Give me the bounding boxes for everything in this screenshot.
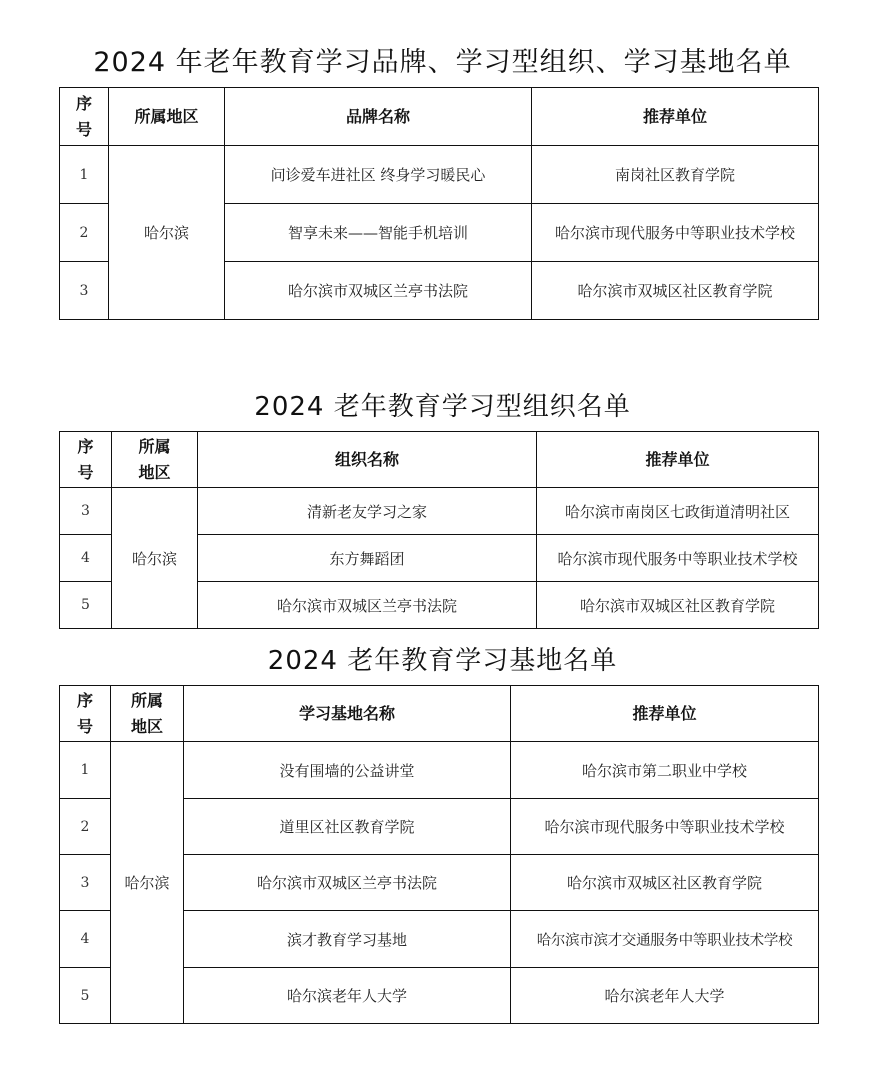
base-name: 哈尔滨老年人大学 — [184, 968, 511, 1024]
org-name: 东方舞蹈团 — [198, 535, 537, 582]
brand-name: 智享未来——智能手机培训 — [225, 204, 532, 262]
row-index: 5 — [60, 582, 112, 629]
base-name: 滨才教育学习基地 — [184, 911, 511, 968]
recommender: 哈尔滨市双城区社区教育学院 — [532, 262, 819, 320]
row-index: 3 — [60, 488, 112, 535]
table-header-row: 序号 所属地区 组织名称 推荐单位 — [60, 432, 819, 488]
recommender: 哈尔滨市滨才交通服务中等职业技术学校 — [511, 911, 819, 968]
row-index: 3 — [60, 262, 109, 320]
row-index: 3 — [60, 855, 111, 911]
header-index: 序号 — [60, 432, 112, 488]
learning-base-table: 序号 所属地区 学习基地名称 推荐单位 1 哈尔滨 没有围墙的公益讲堂 哈尔滨市… — [59, 685, 819, 1024]
region-cell: 哈尔滨 — [112, 488, 198, 629]
recommender: 哈尔滨市双城区社区教育学院 — [537, 582, 819, 629]
recommender: 哈尔滨市现代服务中等职业技术学校 — [511, 799, 819, 855]
header-index: 序号 — [60, 686, 111, 742]
section-title-bases: 2024 老年教育学习基地名单 — [0, 640, 885, 677]
base-name: 没有围墙的公益讲堂 — [184, 742, 511, 799]
recommender: 哈尔滨市双城区社区教育学院 — [511, 855, 819, 911]
row-index: 1 — [60, 146, 109, 204]
table-row: 3 哈尔滨 清新老友学习之家 哈尔滨市南岗区七政街道清明社区 — [60, 488, 819, 535]
region-cell: 哈尔滨 — [109, 146, 225, 320]
row-index: 2 — [60, 799, 111, 855]
table-row: 1 哈尔滨 没有围墙的公益讲堂 哈尔滨市第二职业中学校 — [60, 742, 819, 799]
row-index: 4 — [60, 911, 111, 968]
recommender: 哈尔滨市南岗区七政街道清明社区 — [537, 488, 819, 535]
header-brand-name: 品牌名称 — [225, 88, 532, 146]
main-title: 2024 年老年教育学习品牌、学习型组织、学习基地名单 — [0, 40, 885, 79]
table-row: 1 哈尔滨 问诊爱车进社区 终身学习暖民心 南岗社区教育学院 — [60, 146, 819, 204]
section-title-organizations: 2024 老年教育学习型组织名单 — [0, 386, 885, 423]
brand-table: 序号 所属地区 品牌名称 推荐单位 1 哈尔滨 问诊爱车进社区 终身学习暖民心 … — [59, 87, 819, 320]
brand-name: 哈尔滨市双城区兰亭书法院 — [225, 262, 532, 320]
recommender: 哈尔滨市现代服务中等职业技术学校 — [537, 535, 819, 582]
row-index: 4 — [60, 535, 112, 582]
table-header-row: 序号 所属地区 学习基地名称 推荐单位 — [60, 686, 819, 742]
row-index: 1 — [60, 742, 111, 799]
header-recommender: 推荐单位 — [532, 88, 819, 146]
header-region: 所属地区 — [111, 686, 184, 742]
header-region: 所属地区 — [112, 432, 198, 488]
recommender: 哈尔滨市现代服务中等职业技术学校 — [532, 204, 819, 262]
table-header-row: 序号 所属地区 品牌名称 推荐单位 — [60, 88, 819, 146]
base-name: 道里区社区教育学院 — [184, 799, 511, 855]
row-index: 2 — [60, 204, 109, 262]
org-name: 清新老友学习之家 — [198, 488, 537, 535]
recommender: 哈尔滨市第二职业中学校 — [511, 742, 819, 799]
brand-name: 问诊爱车进社区 终身学习暖民心 — [225, 146, 532, 204]
header-org-name: 组织名称 — [198, 432, 537, 488]
header-recommender: 推荐单位 — [511, 686, 819, 742]
recommender: 哈尔滨老年人大学 — [511, 968, 819, 1024]
header-index: 序号 — [60, 88, 109, 146]
header-region: 所属地区 — [109, 88, 225, 146]
header-recommender: 推荐单位 — [537, 432, 819, 488]
region-cell: 哈尔滨 — [111, 742, 184, 1024]
recommender: 南岗社区教育学院 — [532, 146, 819, 204]
row-index: 5 — [60, 968, 111, 1024]
base-name: 哈尔滨市双城区兰亭书法院 — [184, 855, 511, 911]
header-base-name: 学习基地名称 — [184, 686, 511, 742]
organization-table: 序号 所属地区 组织名称 推荐单位 3 哈尔滨 清新老友学习之家 哈尔滨市南岗区… — [59, 431, 819, 629]
org-name: 哈尔滨市双城区兰亭书法院 — [198, 582, 537, 629]
